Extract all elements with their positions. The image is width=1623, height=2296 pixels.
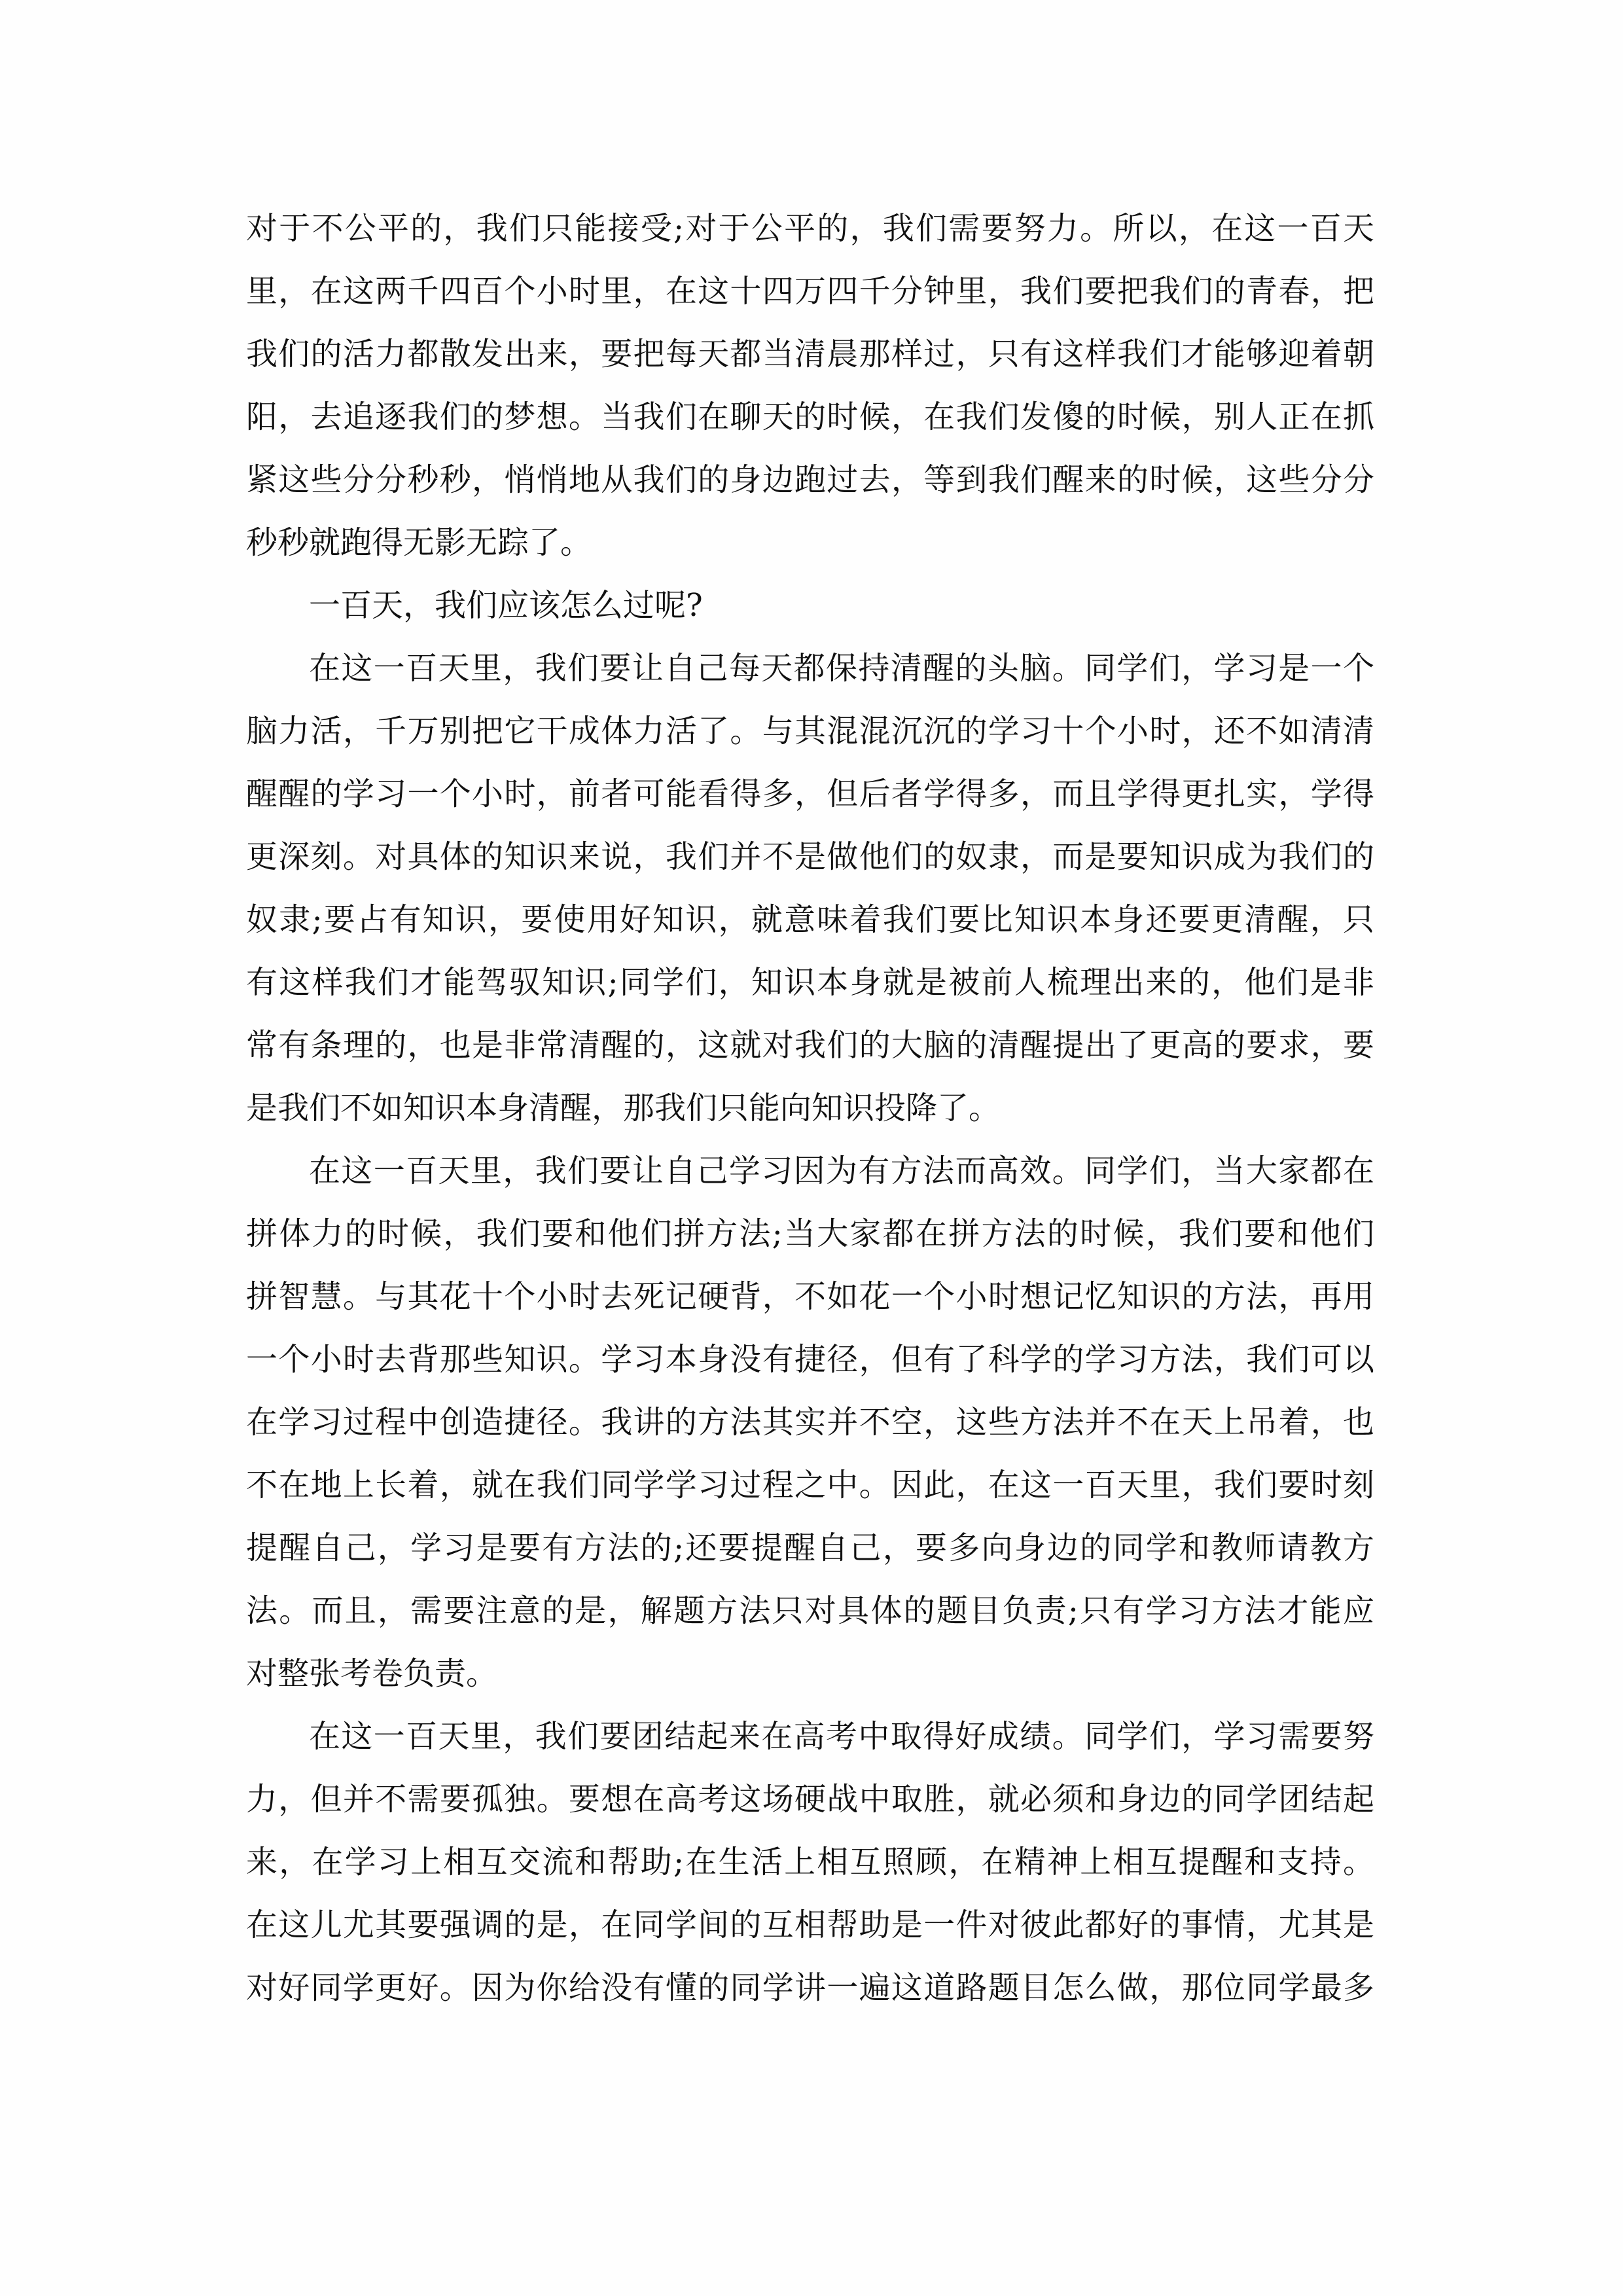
text-line: 里，在这两千四百个小时里，在这十四万四千分钟里，我们要把我们的青春，把 (246, 270, 1374, 332)
text-line: 脑力活，千万别把它干成体力活了。与其混混沉沉的学习十个小时，还不如清清 (246, 709, 1374, 772)
text-line: 在这一百天里，我们要团结起来在高考中取得好成绩。同学们，学习需要努 (246, 1715, 1374, 1778)
body-text: 对于不公平的，我们只能接受;对于公平的，我们需要努力。所以，在这一百天 里，在这… (246, 207, 1374, 2029)
text-line: 力，但并不需要孤独。要想在高考这场硬战中取胜，就必须和身边的同学团结起 (246, 1778, 1374, 1840)
text-line: 有这样我们才能驾驭知识;同学们，知识本身就是被前人梳理出来的，他们是非 (246, 961, 1374, 1024)
question-line: 一百天，我们应该怎么过呢? (246, 584, 1374, 647)
text-line: 阳，去追逐我们的梦想。当我们在聊天的时候，在我们发傻的时候，别人正在抓 (246, 395, 1374, 458)
text-line: 对好同学更好。因为你给没有懂的同学讲一遍这道路题目怎么做，那位同学最多 (246, 1966, 1374, 2029)
text-line: 不在地上长着，就在我们同学学习过程之中。因此，在这一百天里，我们要时刻 (246, 1463, 1374, 1526)
text-line: 是我们不如知识本身清醒，那我们只能向知识投降了。 (246, 1086, 1374, 1149)
text-line: 一个小时去背那些知识。学习本身没有捷径，但有了科学的学习方法，我们可以 (246, 1338, 1374, 1401)
text-line: 法。而且，需要注意的是，解题方法只对具体的题目负责;只有学习方法才能应 (246, 1589, 1374, 1652)
text-line: 更深刻。对具体的知识来说，我们并不是做他们的奴隶，而是要知识成为我们的 (246, 835, 1374, 898)
text-line: 醒醒的学习一个小时，前者可能看得多，但后者学得多，而且学得更扎实，学得 (246, 772, 1374, 835)
text-line: 常有条理的，也是非常清醒的，这就对我们的大脑的清醒提出了更高的要求，要 (246, 1024, 1374, 1086)
text-line: 紧这些分分秒秒，悄悄地从我们的身边跑过去，等到我们醒来的时候，这些分分 (246, 458, 1374, 521)
text-line: 对于不公平的，我们只能接受;对于公平的，我们需要努力。所以，在这一百天 (246, 207, 1374, 270)
text-line: 在这一百天里，我们要让自己每天都保持清醒的头脑。同学们，学习是一个 (246, 647, 1374, 709)
document-page: 对于不公平的，我们只能接受;对于公平的，我们需要努力。所以，在这一百天 里，在这… (0, 0, 1623, 2296)
text-line: 奴隶;要占有知识，要使用好知识，就意味着我们要比知识本身还要更清醒，只 (246, 898, 1374, 961)
text-line: 我们的活力都散发出来，要把每天都当清晨那样过，只有这样我们才能够迎着朝 (246, 332, 1374, 395)
text-line: 秒秒就跑得无影无踪了。 (246, 521, 1374, 584)
text-line: 在这一百天里，我们要让自己学习因为有方法而高效。同学们，当大家都在 (246, 1149, 1374, 1212)
text-line: 对整张考卷负责。 (246, 1652, 1374, 1715)
text-line: 在学习过程中创造捷径。我讲的方法其实并不空，这些方法并不在天上吊着，也 (246, 1401, 1374, 1463)
text-line: 拼体力的时候，我们要和他们拼方法;当大家都在拼方法的时候，我们要和他们 (246, 1212, 1374, 1275)
text-line: 在这儿尤其要强调的是，在同学间的互相帮助是一件对彼此都好的事情，尤其是 (246, 1903, 1374, 1966)
text-line: 来，在学习上相互交流和帮助;在生活上相互照顾，在精神上相互提醒和支持。 (246, 1840, 1374, 1903)
text-line: 提醒自己，学习是要有方法的;还要提醒自己，要多向身边的同学和教师请教方 (246, 1526, 1374, 1589)
text-line: 拼智慧。与其花十个小时去死记硬背，不如花一个小时想记忆知识的方法，再用 (246, 1275, 1374, 1338)
